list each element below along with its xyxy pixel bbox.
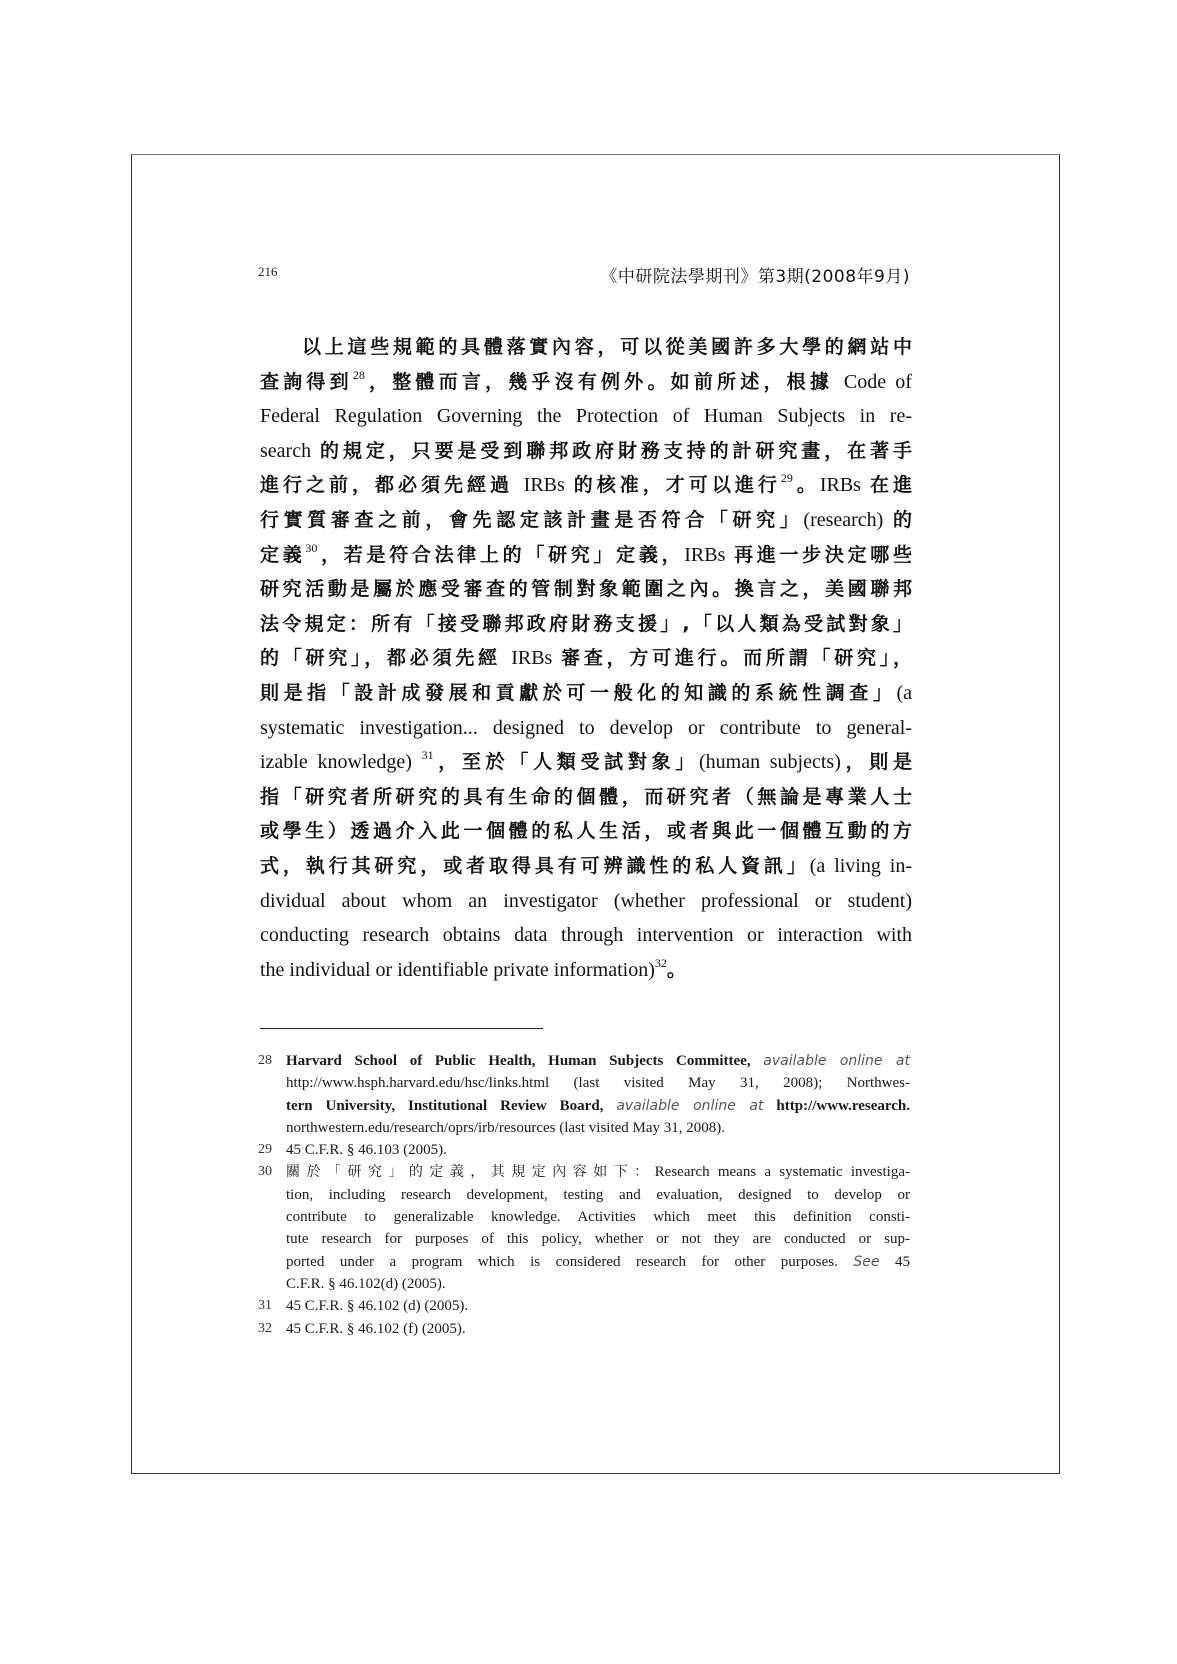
body-line: systematic investigation... designed to … [260, 711, 912, 746]
english-text: (a living in- [810, 855, 912, 877]
chinese-text: 法令規定：所有「接受聯邦政府財務支援」,「以人類為受試對象」 [260, 613, 912, 635]
body-line: 研究活動是屬於應受審查的管制對象範圍之內。換言之，美國聯邦 [260, 572, 912, 607]
footnote-line: ported under a program which is consider… [286, 1251, 910, 1273]
footnote-reference[interactable]: 28 [353, 368, 365, 382]
footnote-line: tern University, Institutional Review Bo… [286, 1095, 910, 1117]
chinese-text: 定義 [260, 544, 305, 566]
chinese-text: 的「研究」，都必須先經 [260, 647, 511, 669]
english-text: dividual about whom an investigator (whe… [260, 890, 912, 912]
body-line: 或學生）透過介入此一個體的私人生活，或者與此一個體互動的方 [260, 814, 912, 849]
body-line: search 的規定，只要是受到聯邦政府財務支持的計研究畫，在著手 [260, 434, 912, 469]
chinese-text: 查詢得到 [260, 371, 353, 393]
body-line: izable knowledge) 31，至於「人類受試對象」(human su… [260, 745, 912, 780]
chinese-text: 審查，方可進行。而所謂「研究」， [561, 647, 912, 669]
chinese-text: 。 [793, 474, 820, 496]
english-text: izable knowledge) [260, 751, 422, 773]
english-text: IRBs [524, 474, 574, 496]
body-line: 進行之前，都必須先經過 IRBs 的核准，才可以進行29。IRBs 在進 [260, 468, 912, 503]
body-line: 定義30，若是符合法律上的「研究」定義，IRBs 再進一步決定哪些 [260, 538, 912, 573]
footnote-31: 3145 C.F.R. § 46.102 (d) (2005). [258, 1295, 910, 1317]
body-line: Federal Regulation Governing the Protect… [260, 399, 912, 434]
footnote-reference[interactable]: 29 [781, 471, 793, 485]
body-line: 式，執行其研究，或者取得具有可辨識性的私人資訊」(a living in- [260, 849, 912, 884]
body-line: the individual or identifiable private i… [260, 953, 912, 988]
chinese-text: 指「研究者所研究的具有生命的個體，而研究者（無論是專業人士 [260, 786, 912, 808]
chinese-text: 式，執行其研究，或者取得具有可辨識性的私人資訊」 [260, 855, 810, 877]
footnote-number: 29 [258, 1139, 272, 1161]
footnote-32: 3245 C.F.R. § 46.102 (f) (2005). [258, 1318, 910, 1340]
english-text: IRBs [511, 647, 561, 669]
chinese-text: 的 [893, 509, 912, 531]
english-text: conducting research obtains data through… [260, 924, 912, 946]
footnote-30: 30關於「研究」的定義，其規定內容如下：Research means a sys… [258, 1161, 910, 1295]
footnote-line: C.F.R. § 46.102(d) (2005). [286, 1273, 910, 1295]
footnote-line: 45 C.F.R. § 46.102 (f) (2005). [286, 1318, 910, 1340]
footnotes: 28Harvard School of Public Health, Human… [258, 1050, 910, 1340]
chinese-text: 再進一步決定哪些 [734, 544, 912, 566]
footnote-29: 2945 C.F.R. § 46.103 (2005). [258, 1139, 910, 1161]
english-text: the individual or identifiable private i… [260, 959, 655, 981]
footnote-line: Harvard School of Public Health, Human S… [286, 1050, 910, 1072]
english-text: search [260, 440, 320, 462]
footnote-28: 28Harvard School of Public Health, Human… [258, 1050, 910, 1139]
chinese-text: 研究活動是屬於應受審查的管制對象範圍之內。換言之，美國聯邦 [260, 578, 912, 600]
body-line: conducting research obtains data through… [260, 918, 912, 953]
english-text: Federal Regulation Governing the Protect… [260, 405, 912, 427]
chinese-text: 或學生）透過介入此一個體的私人生活，或者與此一個體互動的方 [260, 820, 912, 842]
body-line: 則是指「設計成發展和貢獻於可一般化的知識的系統性調查」(a [260, 676, 912, 711]
english-text: IRBs [684, 544, 734, 566]
chinese-text: 則是指「設計成發展和貢獻於可一般化的知識的系統性調查」 [260, 682, 896, 704]
footnote-line: northwestern.edu/research/oprs/irb/resou… [286, 1117, 910, 1139]
body-line: 行實質審查之前，會先認定該計畫是否符合「研究」(research) 的 [260, 503, 912, 538]
chinese-text: 行實質審查之前，會先認定該計畫是否符合「研究」 [260, 509, 803, 531]
footnote-number: 31 [258, 1295, 272, 1317]
footnote-line: http://www.hsph.harvard.edu/hsc/links.ht… [286, 1072, 910, 1094]
chinese-text: 以上這些規範的具體落實內容，可以從美國許多大學的網站中 [302, 336, 912, 358]
footnote-line: tute research for purposes of this polic… [286, 1228, 910, 1250]
english-text: (human subjects) [699, 751, 841, 773]
chinese-text: ，若是符合法律上的「研究」定義， [317, 544, 684, 566]
body-line: 指「研究者所研究的具有生命的個體，而研究者（無論是專業人士 [260, 780, 912, 815]
english-text: (a [896, 682, 912, 704]
chinese-text: 。 [667, 959, 686, 981]
english-text: systematic investigation... designed to … [260, 717, 912, 739]
english-text: IRBs [820, 474, 870, 496]
page-number: 216 [258, 264, 278, 280]
body-paragraph: 以上這些規範的具體落實內容，可以從美國許多大學的網站中查詢得到28，整體而言，幾… [260, 330, 912, 987]
footnote-line: contribute to generalizable knowledge. A… [286, 1206, 910, 1228]
footnote-line: 關於「研究」的定義，其規定內容如下：Research means a syste… [286, 1161, 910, 1183]
body-line: 查詢得到28，整體而言，幾乎沒有例外。如前所述，根據 Code of [260, 365, 912, 400]
footnote-line: 45 C.F.R. § 46.103 (2005). [286, 1139, 910, 1161]
footnote-reference[interactable]: 32 [655, 956, 667, 970]
chinese-text: ，則是 [841, 751, 912, 773]
running-head: 216 《中研院法學期刊》第3期(2008年9月) [258, 262, 910, 284]
journal-title: 《中研院法學期刊》第3期(2008年9月) [600, 262, 910, 287]
body-line: 的「研究」，都必須先經 IRBs 審查，方可進行。而所謂「研究」， [260, 641, 912, 676]
chinese-text: ，至於「人類受試對象」 [434, 751, 699, 773]
english-text: Code of [844, 371, 912, 393]
footnote-reference[interactable]: 30 [305, 541, 317, 555]
chinese-text: 進行之前，都必須先經過 [260, 474, 524, 496]
body-line: dividual about whom an investigator (whe… [260, 884, 912, 919]
footnote-line: tion, including research development, te… [286, 1184, 910, 1206]
footnote-line: 45 C.F.R. § 46.102 (d) (2005). [286, 1295, 910, 1317]
footnote-number: 30 [258, 1161, 272, 1183]
english-text: (research) [803, 509, 893, 531]
footnote-number: 32 [258, 1318, 272, 1340]
chinese-text: 的規定，只要是受到聯邦政府財務支持的計研究畫，在著手 [320, 440, 912, 462]
body-line: 法令規定：所有「接受聯邦政府財務支援」,「以人類為受試對象」 [260, 607, 912, 642]
chinese-text: ，整體而言，幾乎沒有例外。如前所述，根據 [365, 371, 844, 393]
chinese-text: 在進 [870, 474, 912, 496]
footnote-reference[interactable]: 31 [422, 748, 434, 762]
footnote-divider [260, 1028, 543, 1029]
chinese-text: 的核准，才可以進行 [574, 474, 781, 496]
footnote-number: 28 [258, 1050, 272, 1072]
body-line: 以上這些規範的具體落實內容，可以從美國許多大學的網站中 [260, 330, 912, 365]
